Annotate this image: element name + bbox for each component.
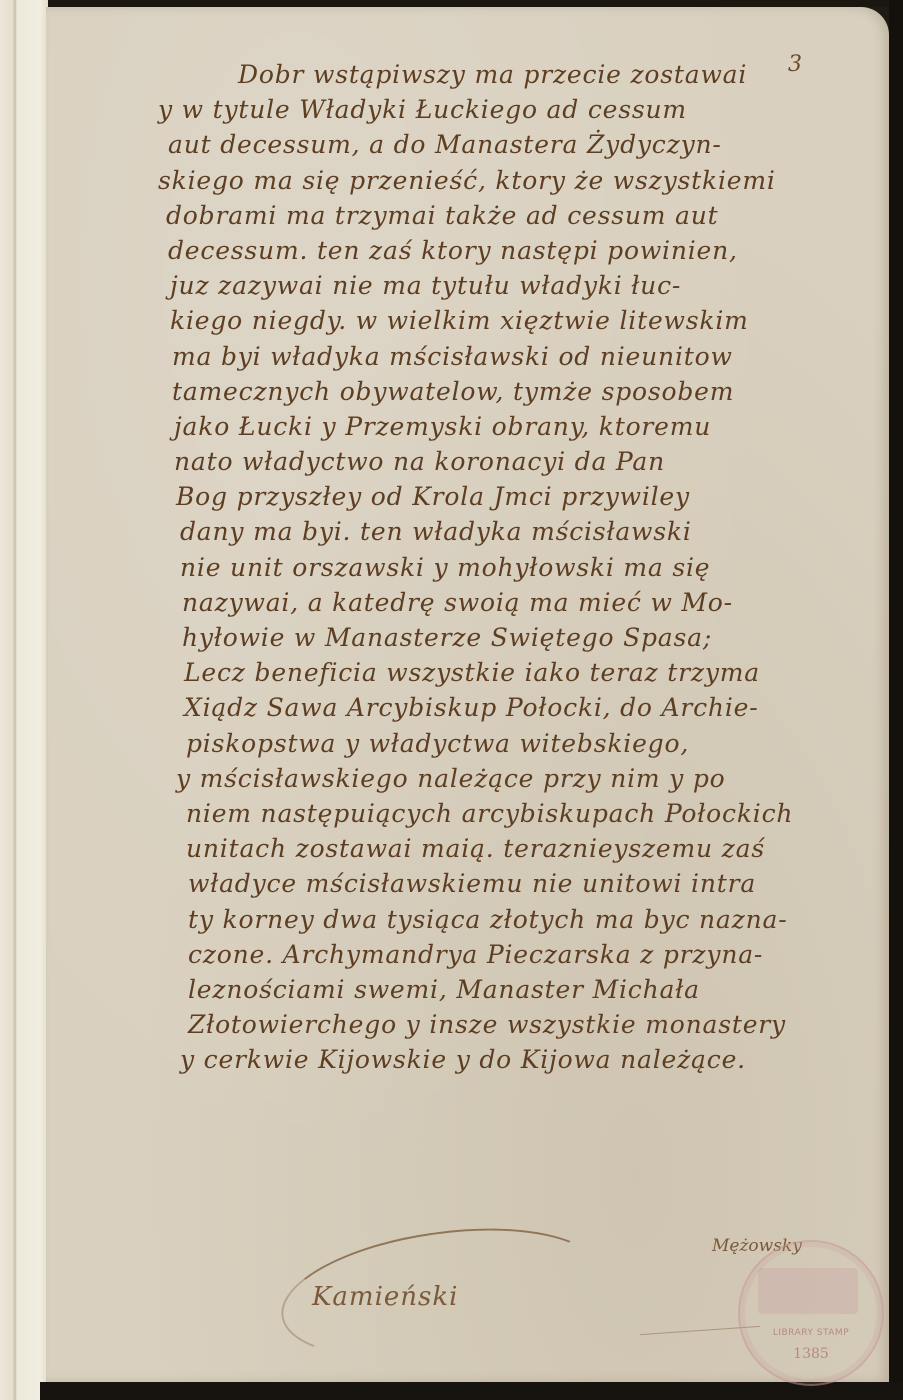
text-line: nie unit orszawski y mohyłowski ma się bbox=[158, 553, 888, 588]
text-line: władyce mścisławskiemu nie unitowi intra bbox=[158, 869, 888, 904]
scan-right-edge bbox=[889, 0, 903, 1400]
stamp-label: LIBRARY STAMP bbox=[740, 1328, 882, 1338]
library-stamp: LIBRARY STAMP 1385 bbox=[738, 1240, 884, 1386]
scan-top-edge bbox=[0, 0, 903, 7]
text-line: aut decessum, a do Manastera Żydyczyn- bbox=[158, 130, 888, 165]
text-line: y w tytule Władyki Łuckiego ad cessum bbox=[158, 95, 888, 130]
text-line: tamecznych obywatelow, tymże sposobem bbox=[158, 377, 888, 412]
manuscript-text: Dobr wstąpiwszy ma przecie zostawai y w … bbox=[158, 60, 888, 1080]
text-line: czone. Archymandrya Pieczarska z przyna- bbox=[158, 940, 888, 975]
text-line: juz zazywai nie ma tytułu władyki łuc- bbox=[158, 271, 888, 306]
text-line: y cerkwie Kijowskie y do Kijowa należące… bbox=[158, 1045, 888, 1080]
text-line: unitach zostawai maią. teraznieyszemu za… bbox=[158, 834, 888, 869]
text-line: Dobr wstąpiwszy ma przecie zostawai bbox=[158, 60, 888, 95]
text-line: Bog przyszłey od Krola Jmci przywiley bbox=[158, 482, 888, 517]
text-line: nato władyctwo na koronacyi da Pan bbox=[158, 447, 888, 482]
text-line: hyłowie w Manasterze Swiętego Spasa; bbox=[158, 623, 888, 658]
text-line: dobrami ma trzymai także ad cessum aut bbox=[158, 201, 888, 236]
text-line: ma byi władyka mścisławski od nieunitow bbox=[158, 342, 888, 377]
text-line: Lecz beneficia wszystkie iako teraz trzy… bbox=[158, 658, 888, 693]
stamp-number: 1385 bbox=[740, 1346, 882, 1362]
book-binding bbox=[0, 0, 48, 1400]
text-line: piskopstwa y władyctwa witebskiego, bbox=[158, 729, 888, 764]
text-line: dany ma byi. ten władyka mścisławski bbox=[158, 517, 888, 552]
text-line: leznościami swemi, Manaster Michała bbox=[158, 975, 888, 1010]
text-line: ty korney dwa tysiąca złotych ma byc naz… bbox=[158, 905, 888, 940]
text-line: decessum. ten zaś ktory następi powinien… bbox=[158, 236, 888, 271]
text-line: Xiądz Sawa Arcybiskup Połocki, do Archie… bbox=[158, 693, 888, 728]
text-line: Złotowierchego y insze wszystkie monaste… bbox=[158, 1010, 888, 1045]
scan-bottom-edge bbox=[40, 1382, 903, 1400]
text-line: skiego ma się przenieść, ktory że wszyst… bbox=[158, 166, 888, 201]
signature-left: Kamieński bbox=[312, 1282, 458, 1312]
text-line: nazywai, a katedrę swoią ma mieć w Mo- bbox=[158, 588, 888, 623]
stamp-emblem-icon bbox=[758, 1268, 858, 1314]
text-line: y mścisławskiego należące przy nim y po bbox=[158, 764, 888, 799]
text-line: jako Łucki y Przemyski obrany, ktoremu bbox=[158, 412, 888, 447]
text-line: niem następuiących arcybiskupach Połocki… bbox=[158, 799, 888, 834]
text-line: kiego niegdy. w wielkim xięztwie litewsk… bbox=[158, 306, 888, 341]
binding-strip bbox=[14, 0, 16, 1400]
